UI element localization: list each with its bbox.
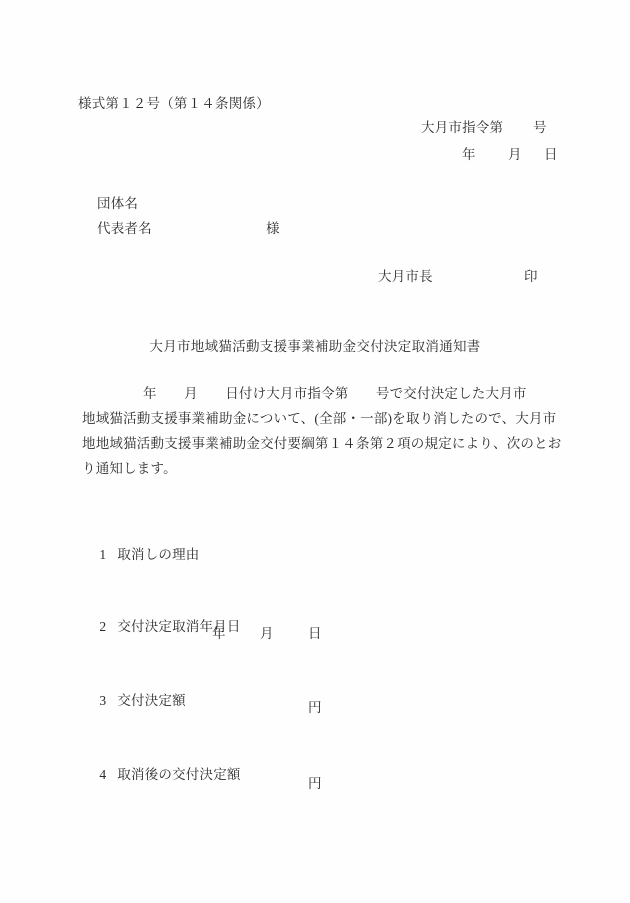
item-3-yen-unit-label: 円 — [308, 699, 322, 716]
body-line: 地域猫活動支援事業補助金について、(全部・一部)を取り消したので、大月市 — [82, 410, 556, 427]
directive-number-suffix: 号 — [533, 119, 547, 136]
group-name-label: 団体名 — [97, 195, 138, 212]
item-number: 1 — [99, 546, 117, 563]
item-number: 2 — [99, 618, 117, 635]
item-2-date-day-label: 日 — [308, 625, 322, 642]
document-title: 大月市地域猫活動支援事業補助金交付決定取消通知書 — [0, 338, 630, 355]
directive-number-label: 大月市指令第 — [421, 119, 503, 136]
honorific-label: 様 — [266, 220, 280, 237]
issue-date-year-label: 年 — [462, 146, 476, 163]
item-number: 4 — [99, 766, 117, 783]
item-2-date-year-label: 年 — [212, 625, 226, 642]
seal-label: 印 — [524, 268, 538, 285]
item-4-amount-after-cancellation: 4取消後の交付決定額 — [85, 749, 241, 800]
item-1-cancellation-reason: 1取消しの理由 — [85, 529, 200, 580]
form-number: 様式第１２号（第１４条関係） — [78, 95, 270, 112]
mayor-label: 大月市長 — [378, 268, 433, 285]
document-page: 様式第１２号（第１４条関係） 大月市指令第 号 年 月 日 団体名 代表者名 様… — [0, 0, 630, 903]
body-line: り通知します。 — [82, 460, 177, 477]
item-3-grant-amount: 3交付決定額 — [85, 675, 186, 726]
body-line: 年 月 日付け大月市指令第 号で交付決定した大月市 — [143, 385, 527, 402]
item-number: 3 — [99, 692, 117, 709]
representative-name-label: 代表者名 — [97, 220, 152, 237]
item-label: 取消しの理由 — [117, 547, 199, 562]
issue-date-month-label: 月 — [508, 146, 522, 163]
item-label: 交付決定額 — [117, 693, 186, 708]
item-2-date-month-label: 月 — [260, 625, 274, 642]
issue-date-day-label: 日 — [544, 146, 558, 163]
item-label: 取消後の交付決定額 — [117, 767, 240, 782]
body-line: 地地域猫活動支援事業補助金交付要綱第１４条第２項の規定により、次のとお — [82, 435, 562, 452]
item-4-yen-unit-label: 円 — [308, 775, 322, 792]
